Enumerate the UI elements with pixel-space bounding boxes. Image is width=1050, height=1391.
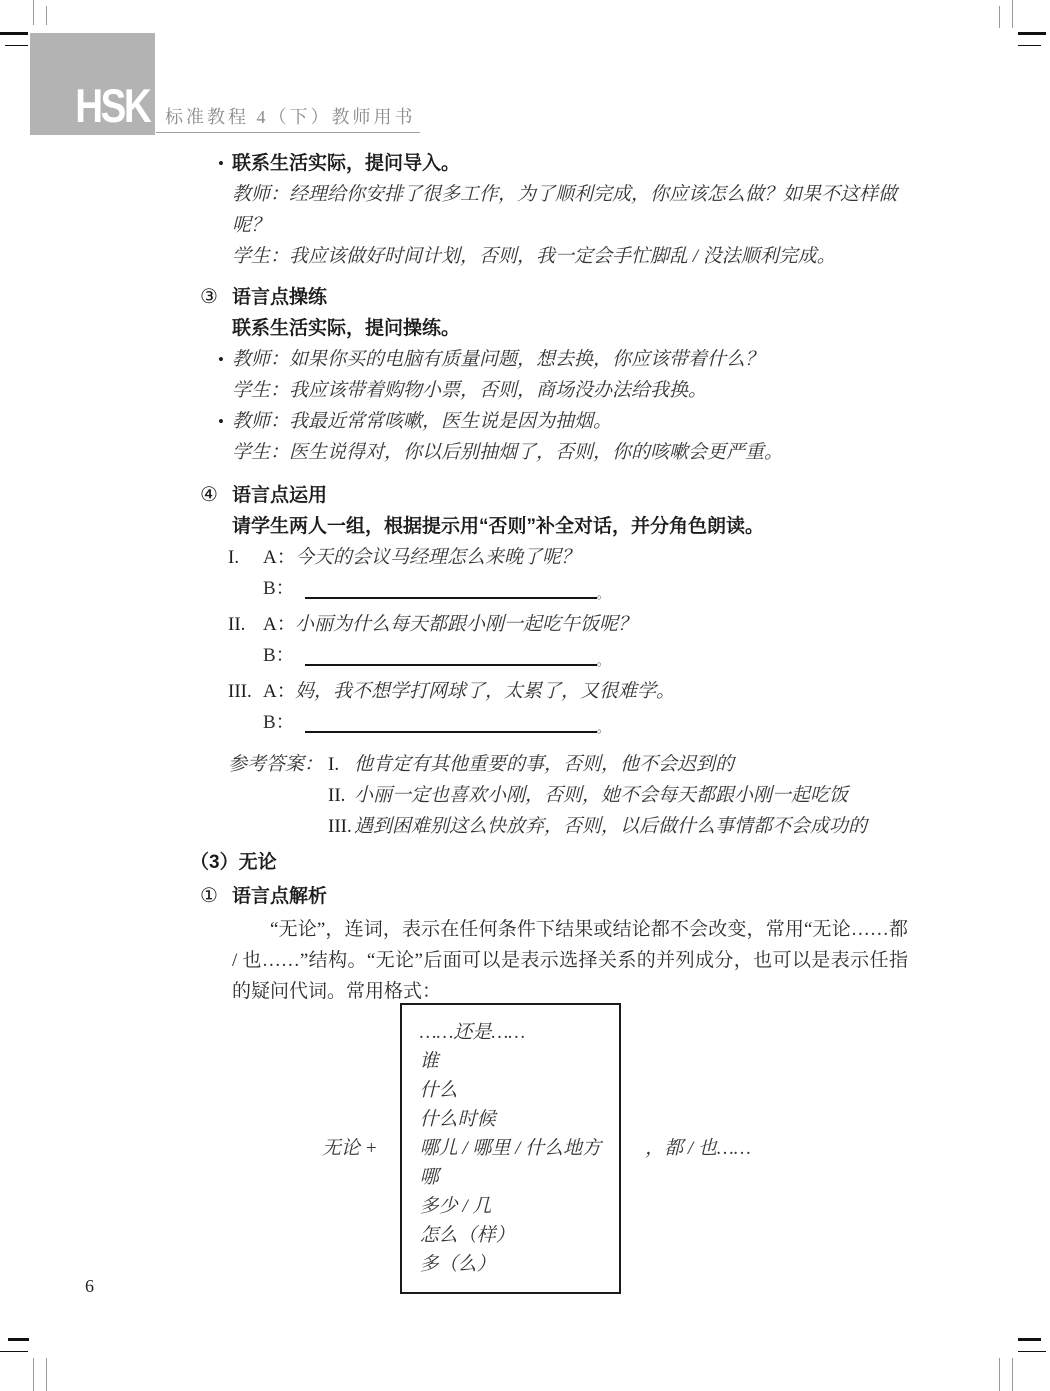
hsk-logo-box: HSK (30, 33, 155, 135)
answer-1-numeral: I. (328, 749, 354, 780)
drill-1-teacher: 教师：如果你买的电脑有质量问题，想去换，你应该带着什么？ (232, 344, 922, 375)
wulun-analysis-title: 语言点解析 (232, 881, 922, 912)
intro-heading: 联系生活实际，提问导入。 (232, 148, 922, 179)
bullet-icon: • (218, 148, 224, 179)
crop-mark (1012, 0, 1013, 28)
dialogue-2-answer-row: B：。 (263, 640, 922, 676)
drill-2-teacher-row: • 教师：我最近常常咳嗽，医生说是因为抽烟。 (190, 406, 922, 437)
crop-mark (1018, 1338, 1041, 1341)
answer-2-numeral: II. (328, 780, 354, 811)
dialogue-1-answer-row: B：。 (263, 573, 922, 609)
crop-mark (1018, 45, 1041, 46)
drill-1-teacher-row: • 教师：如果你买的电脑有质量问题，想去换，你应该带着什么？ (190, 344, 922, 375)
blank-period: 。 (597, 653, 610, 668)
dialogue-2-question-row: II. A： 小丽为什么每天都跟小刚一起吃午饭呢？ (190, 609, 922, 640)
answer-item: III. 遇到困难别这么快放弃，否则，以后做什么事情都不会成功的 (328, 811, 867, 842)
dialogue-3-answer-row: B：。 (263, 707, 922, 743)
section-drill-heading: ③ 语言点操练 (190, 282, 922, 313)
wulun-explanation-paragraph: “无论”，连词，表示在任何条件下结果或结论都不会改变，常用“无论……都 / 也…… (232, 914, 908, 1007)
formula-option: 谁 (420, 1047, 602, 1076)
blank-period: 。 (597, 586, 610, 601)
answer-3-numeral: III. (328, 811, 354, 842)
dialogue-3-b-label: B： (263, 712, 295, 733)
intro-student-line: 学生：我应该做好时间计划，否则，我一定会手忙脚乱 / 没法顺利完成。 (232, 241, 922, 272)
bullet-icon: • (218, 406, 224, 437)
crop-mark (1018, 32, 1046, 35)
book-page: HSK 标准教程 4（下）教师用书 • 联系生活实际，提问导入。 教师：经理给你… (0, 0, 1050, 1391)
drill-1-student: 学生：我应该带着购物小票，否则，商场没办法给我换。 (232, 375, 922, 406)
crop-mark (46, 6, 47, 25)
intro-teacher-line: 教师：经理给你安排了很多工作，为了顺利完成，你应该怎么做？如果不这样做呢？ (232, 179, 922, 241)
circled-number-3: ③ (200, 282, 218, 313)
crop-mark (33, 1358, 34, 1391)
circled-number-1: ① (200, 881, 218, 912)
dialogue-1-numeral: I. (228, 542, 239, 573)
dialogue-2-a-label: A： (263, 609, 296, 640)
formula-option: 多少 / 几 (420, 1192, 602, 1221)
answer-blank-line (305, 664, 597, 666)
drill-2-student: 学生：医生说得对，你以后别抽烟了，否则，你的咳嗽会更严重。 (232, 437, 922, 468)
dialogue-3-question-row: III. A： 妈，我不想学打网球了，太累了，又很难学。 (190, 676, 922, 707)
intro-heading-row: • 联系生活实际，提问导入。 (190, 148, 922, 179)
circled-number-4: ④ (200, 480, 218, 511)
crop-mark (999, 6, 1000, 28)
dialogue-3-question: 妈，我不想学打网球了，太累了，又很难学。 (295, 676, 922, 707)
crop-mark (46, 1358, 47, 1391)
dialogue-1-question-row: I. A： 今天的会议马经理怎么来晚了呢？ (190, 542, 922, 573)
reference-answers: 参考答案： I. 他肯定有其他重要的事，否则，他不会迟到的 II. 小丽一定也喜… (228, 749, 922, 842)
answer-item: II. 小丽一定也喜欢小刚，否则，她不会每天都跟小刚一起吃饭 (328, 780, 867, 811)
formula-option: ……还是…… (420, 1018, 602, 1047)
crop-mark (0, 32, 28, 35)
answer-blank-line (305, 731, 597, 733)
dialogue-2-question: 小丽为什么每天都跟小刚一起吃午饭呢？ (295, 609, 922, 640)
formula-options-box: ……还是…… 谁 什么 什么时候 哪儿 / 哪里 / 什么地方 哪 多少 / 几… (400, 1003, 622, 1294)
header-rule (156, 132, 420, 133)
dialogue-1-a-label: A： (263, 542, 296, 573)
formula-option: 哪 (420, 1163, 602, 1192)
apply-instruction: 请学生两人一组，根据提示用“否则”补全对话，并分角色朗读。 (232, 511, 922, 542)
formula-option: 多（么） (420, 1250, 602, 1279)
crop-mark (5, 45, 28, 46)
hsk-logo: HSK (75, 78, 149, 133)
drill-subheading: 联系生活实际，提问操练。 (232, 313, 922, 344)
reference-answers-label: 参考答案： (228, 749, 328, 842)
section-apply-heading: ④ 语言点运用 (190, 480, 922, 511)
dialogue-1-b-label: B： (263, 578, 295, 599)
wulun-formula-diagram: 无论 + ……还是…… 谁 什么 什么时候 哪儿 / 哪里 / 什么地方 哪 多… (190, 1003, 922, 1294)
wulun-analysis-heading: ① 语言点解析 (190, 881, 922, 912)
section-drill-title: 语言点操练 (232, 282, 922, 313)
book-title: 标准教程 4（下）教师用书 (165, 103, 416, 129)
dialogue-3-numeral: III. (228, 676, 252, 707)
dialogue-3-a-label: A： (263, 676, 296, 707)
answer-3-text: 遇到困难别这么快放弃，否则，以后做什么事情都不会成功的 (354, 811, 867, 842)
formula-option: 哪儿 / 哪里 / 什么地方 (420, 1134, 602, 1163)
dialogue-1-question: 今天的会议马经理怎么来晚了呢？ (295, 542, 922, 573)
dialogue-2-numeral: II. (228, 609, 245, 640)
answer-item: I. 他肯定有其他重要的事，否则，他不会迟到的 (328, 749, 867, 780)
formula-option: 什么 (420, 1076, 602, 1105)
answer-1-text: 他肯定有其他重要的事，否则，他不会迟到的 (354, 749, 734, 780)
crop-mark (1012, 1358, 1013, 1391)
crop-mark (8, 1338, 29, 1341)
answer-2-text: 小丽一定也喜欢小刚，否则，她不会每天都跟小刚一起吃饭 (354, 780, 848, 811)
section-apply-title: 语言点运用 (232, 480, 922, 511)
reference-answers-list: I. 他肯定有其他重要的事，否则，他不会迟到的 II. 小丽一定也喜欢小刚，否则… (328, 749, 867, 842)
crop-mark (33, 0, 34, 25)
dialogue-2-b-label: B： (263, 645, 295, 666)
bullet-icon: • (218, 344, 224, 375)
answer-blank-line (305, 597, 597, 599)
drill-2-teacher: 教师：我最近常常咳嗽，医生说是因为抽烟。 (232, 406, 922, 437)
page-number: 6 (85, 1276, 94, 1297)
crop-mark (0, 1351, 28, 1352)
blank-period: 。 (597, 720, 610, 735)
formula-suffix: ，都 / 也…… (645, 1133, 751, 1164)
formula-prefix: 无论 + (322, 1133, 378, 1164)
wulun-section-label: （3）无论 (190, 847, 922, 878)
formula-option: 什么时候 (420, 1105, 602, 1134)
formula-option: 怎么（样） (420, 1221, 602, 1250)
crop-mark (1018, 1351, 1046, 1352)
page-content: • 联系生活实际，提问导入。 教师：经理给你安排了很多工作，为了顺利完成，你应该… (190, 148, 922, 1294)
crop-mark (999, 1358, 1000, 1391)
